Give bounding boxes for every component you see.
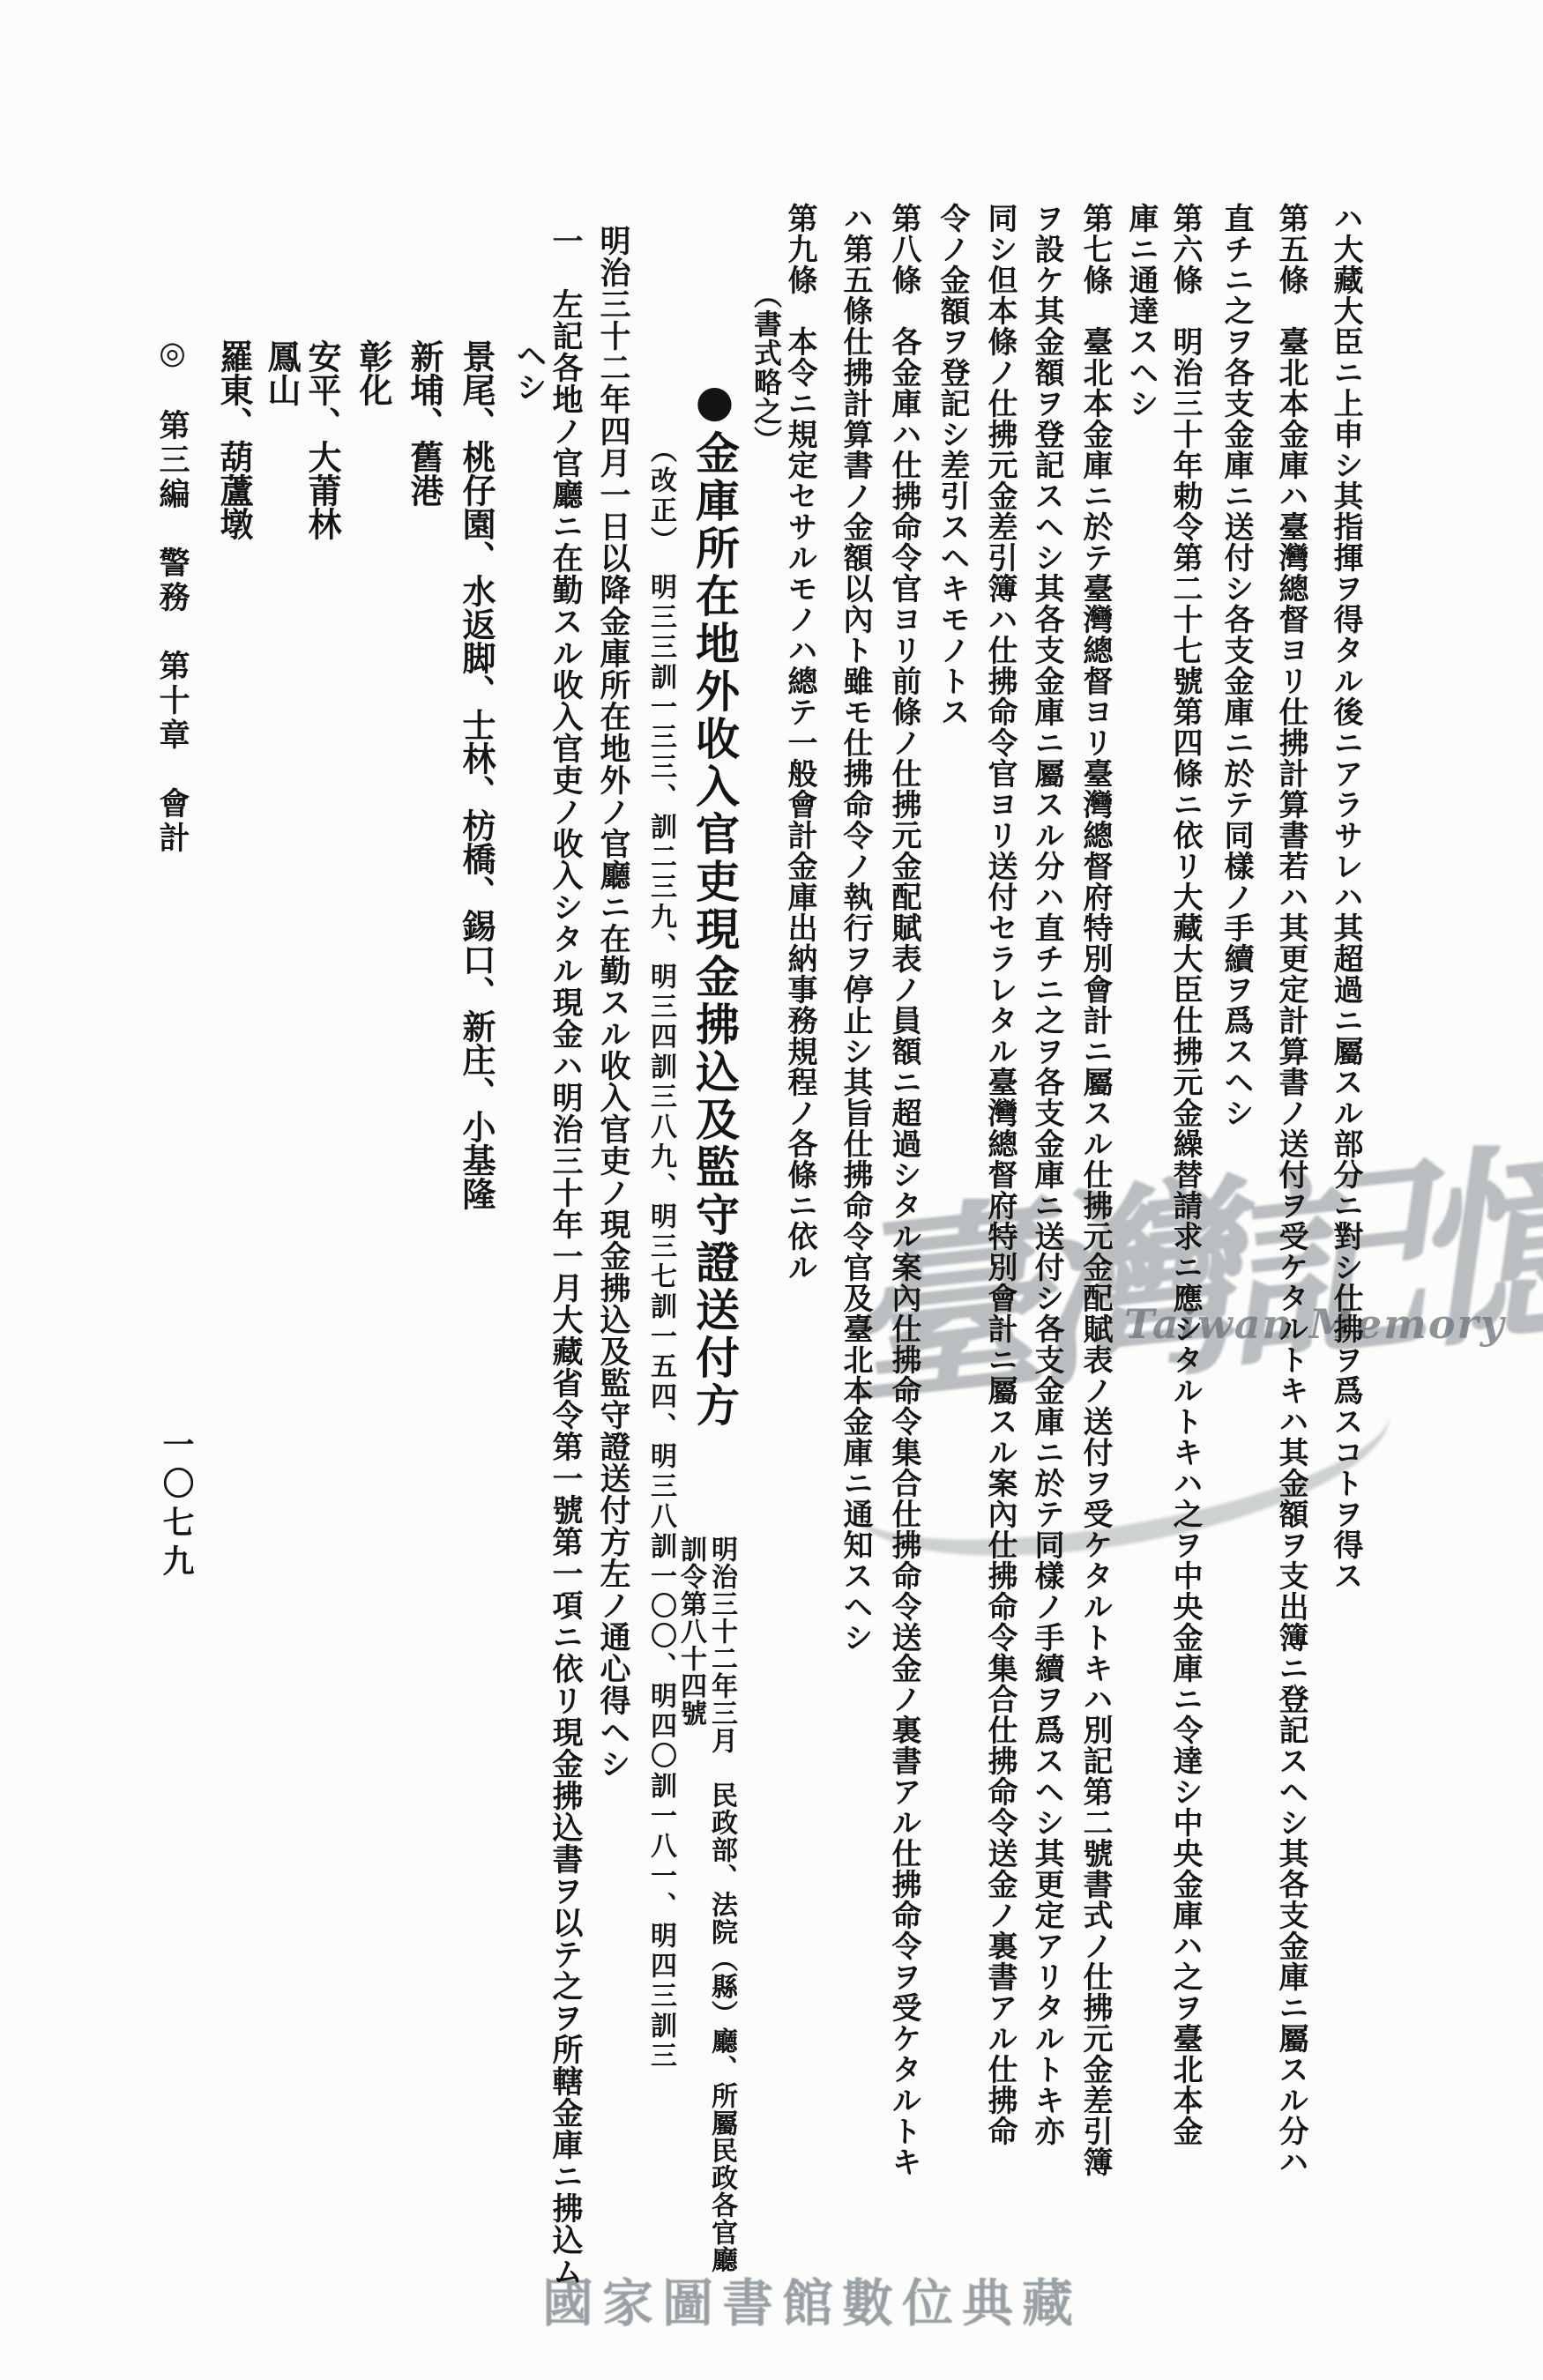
- ordinance-item1: 一 左記各地ノ官廳ニ在勤スル收入官吏ノ收入シタル現金ハ明治三十年一月大藏省令第一…: [550, 225, 581, 2217]
- regulation-article7-continuation-2: 同シ但本條ノ仕拂元金差引簿ハ仕拂命令官ヨリ送付セラレタル臺灣總督府特別會計ニ屬ス…: [985, 203, 1015, 2195]
- regulation-article7: 第七條 臺北本金庫ニ於テ臺灣總督ヨリ臺灣總督府特別會計ニ屬スル仕拂元金配賦表ノ送…: [1080, 203, 1110, 2195]
- ordinance-title: ●金庫所在地外收入官吏現金拂込及監守證送付方: [692, 375, 736, 1430]
- place-list-line3: 彰化: [356, 339, 390, 406]
- regulation-article8-continuation: ハ第五條仕拂計算書ノ金額以內ト雖モ仕拂命令ノ執行ヲ停止シ其旨仕拂命令官及臺北本金…: [840, 203, 870, 2195]
- regulation-article8: 第八條 各金庫ハ仕拂命令官ヨリ前條ノ仕拂元金配賦表ノ員額ニ超過シタル案內仕拂命令…: [889, 203, 919, 2195]
- ordinance-body-line1: 明治三十二年四月一日以降金庫所在地外ノ官廳ニ在勤スル收入官吏ノ現金拂込及監守證送…: [598, 225, 629, 2217]
- place-list-line1: 景尾、桃仔園、水返脚、士林、枋橋、錫口、新庄、小基隆: [459, 339, 493, 1210]
- place-list-line5: 鳳山: [265, 339, 298, 406]
- regulation-article9: 第九條 本令ニ規定セサルモノハ總テ一般會計金庫出納事務規程ノ各條ニ依ル: [785, 203, 815, 2195]
- page-number: 一〇七九: [160, 1428, 192, 1583]
- scanned-page: 臺灣記憶 Taiwan Memory 國家圖書館數位典藏 ハ大藏大臣ニ上申シ其指…: [0, 0, 1543, 2380]
- margin-section-header: ◎ 第三編 警務 第十章 會計: [157, 335, 188, 856]
- ordinance-revision-note: （改正） 明三三訓一三三、訓二三九、明三四訓三八九、明三七訓一五四、明三八訓一〇…: [647, 436, 674, 2071]
- place-list-line6: 羅東、葫蘆墩: [217, 339, 250, 540]
- regulation-article4-continuation: ハ大藏大臣ニ上申シ其指揮ヲ得タル後ニアラサレハ其超過ニ屬スル部分ニ對シ仕拂ヲ爲ス…: [1331, 203, 1360, 2195]
- regulation-article7-continuation-3: 令ノ金額ヲ登記シ差引スヘキモノトス: [937, 203, 967, 2195]
- ordinance-issue-line: 明治三十二年三月 民政部、法院（縣）廳、所屬民政各官廳: [708, 1536, 734, 2273]
- regulation-article5: 第五條 臺北本金庫ハ臺灣總督ヨリ仕拂計算書若ハ其更定計算書ノ送付ヲ受ケタルトキハ…: [1276, 203, 1306, 2195]
- regulation-article6-continuation: 庫ニ通達スヘシ: [1126, 203, 1156, 2195]
- ordinance-item1-continuation: ヘシ: [514, 339, 545, 445]
- ordinance-issue-number: 訓令第八十四號: [677, 1536, 704, 1727]
- national-library-watermark: 國家圖書館數位典藏: [542, 2262, 1082, 2336]
- regulation-article5-continuation: 直チニ之ヲ各支金庫ニ送付シ各支金庫ニ於テ同樣ノ手續ヲ爲スヘシ: [1221, 203, 1251, 2195]
- regulation-article6: 第六條 明治三十年勅令第二十七號第四條ニ依リ大藏大臣仕拂元金繰替請求ニ應シタルト…: [1170, 203, 1200, 2195]
- place-list-line4: 安平、大莆林: [305, 339, 339, 540]
- form-omitted-note: （書式略之）: [752, 280, 780, 455]
- place-list-line2: 新埔、舊港: [407, 339, 441, 507]
- regulation-article7-continuation-1: ヲ設ケ其金額ヲ登記スヘシ其各支金庫ニ屬スル分ハ直チニ之ヲ各支金庫ニ送付シ各支金庫…: [1032, 203, 1062, 2195]
